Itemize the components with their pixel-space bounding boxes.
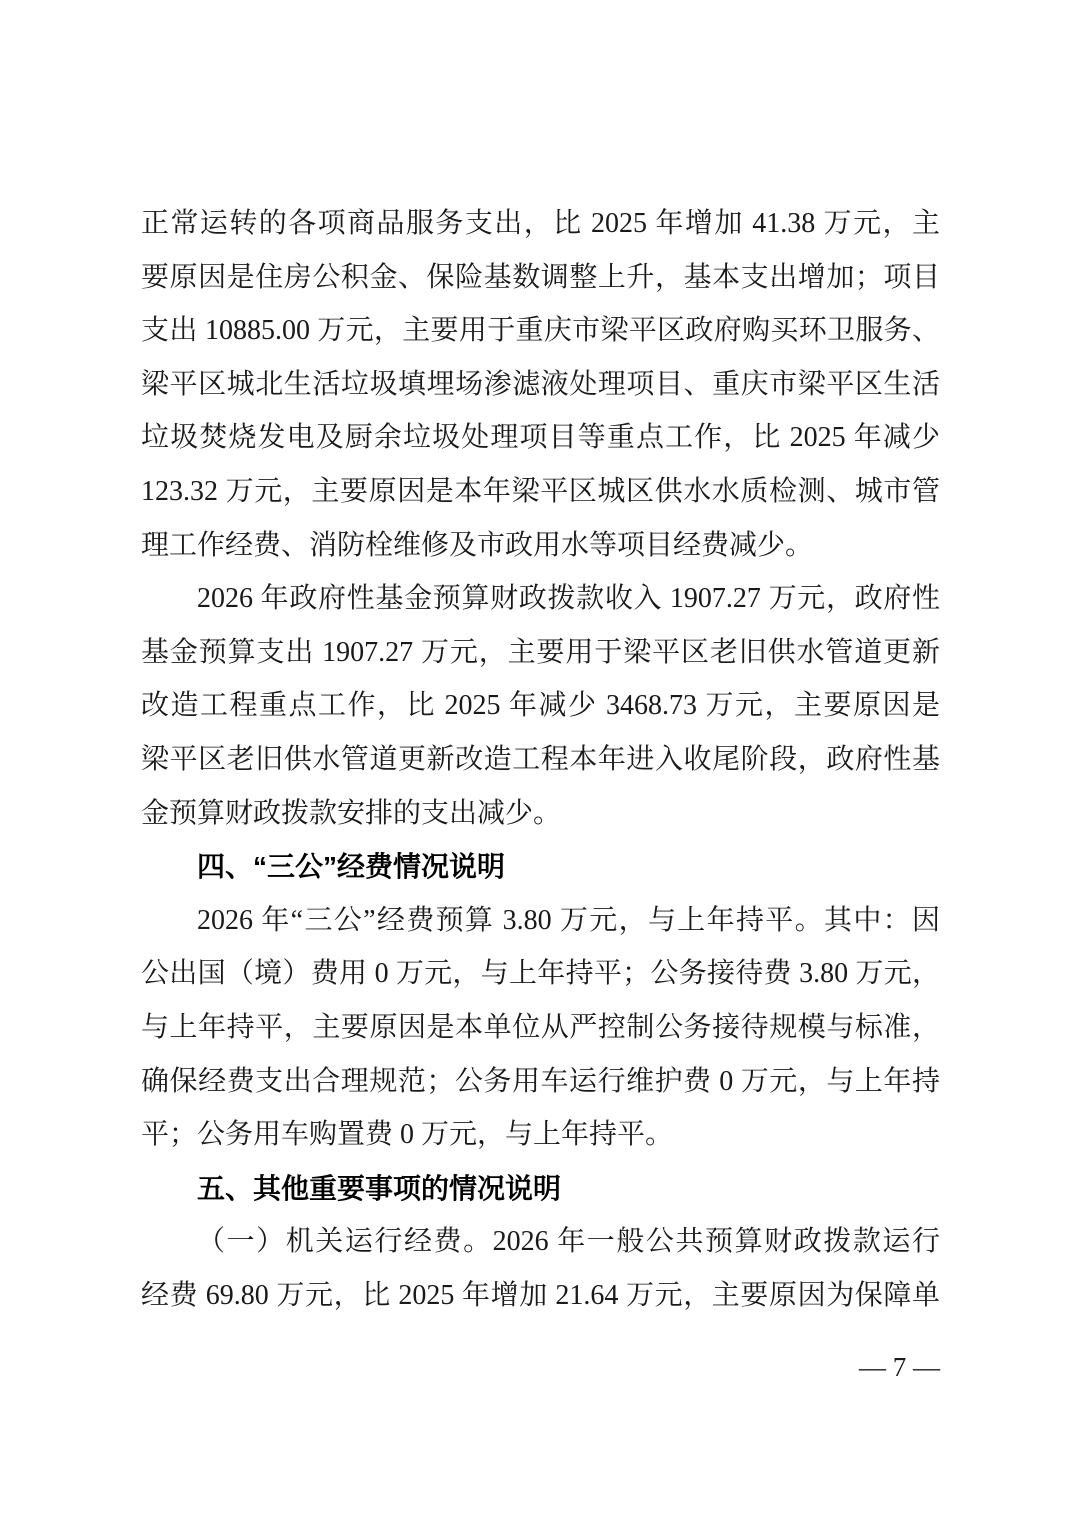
- section-heading: 五、其他重要事项的情况说明: [141, 1162, 940, 1216]
- text-line: 与上年持平，主要原因是本单位从严控制公务接待规模与标准，: [141, 1001, 940, 1055]
- text-line: 金预算财政拨款安排的支出减少。: [141, 787, 940, 841]
- text-line: 垃圾焚烧发电及厨余垃圾处理项目等重点工作，比 2025 年减少: [141, 411, 940, 465]
- text-line: 123.32 万元，主要原因是本年梁平区城区供水水质检测、城市管: [141, 465, 940, 519]
- text-line: 梁平区老旧供水管道更新改造工程本年进入收尾阶段，政府性基: [141, 733, 940, 787]
- text-line: 确保经费支出合理规范；公务用车运行维护费 0 万元，与上年持: [141, 1055, 940, 1109]
- text-line: 平；公务用车购置费 0 万元，与上年持平。: [141, 1108, 940, 1162]
- text-line: 支出 10885.00 万元，主要用于重庆市梁平区政府购买环卫服务、: [141, 304, 940, 358]
- text-line: 2026 年“三公”经费预算 3.80 万元，与上年持平。其中：因: [141, 894, 940, 948]
- text-line: 公出国（境）费用 0 万元，与上年持平；公务接待费 3.80 万元，: [141, 947, 940, 1001]
- text-line: 梁平区城北生活垃圾填埋场渗滤液处理项目、重庆市梁平区生活: [141, 358, 940, 412]
- text-line: 基金预算支出 1907.27 万元，主要用于梁平区老旧供水管道更新: [141, 626, 940, 680]
- text-line: 改造工程重点工作，比 2025 年减少 3468.73 万元，主要原因是: [141, 679, 940, 733]
- document-body: 正常运转的各项商品服务支出，比 2025 年增加 41.38 万元，主要原因是住…: [141, 197, 940, 1322]
- text-line: 要原因是住房公积金、保险基数调整上升，基本支出增加；项目: [141, 251, 940, 305]
- section-heading: 四、“三公”经费情况说明: [141, 840, 940, 894]
- text-line: 经费 69.80 万元，比 2025 年增加 21.64 万元，主要原因为保障单: [141, 1269, 940, 1323]
- text-line: 理工作经费、消防栓维修及市政用水等项目经费减少。: [141, 519, 940, 573]
- page-number: — 7 —: [859, 1352, 940, 1382]
- text-line: 2026 年政府性基金预算财政拨款收入 1907.27 万元，政府性: [141, 572, 940, 626]
- text-line: （一）机关运行经费。2026 年一般公共预算财政拨款运行: [141, 1215, 940, 1269]
- text-line: 正常运转的各项商品服务支出，比 2025 年增加 41.38 万元，主: [141, 197, 940, 251]
- document-page: 正常运转的各项商品服务支出，比 2025 年增加 41.38 万元，主要原因是住…: [0, 0, 1074, 1520]
